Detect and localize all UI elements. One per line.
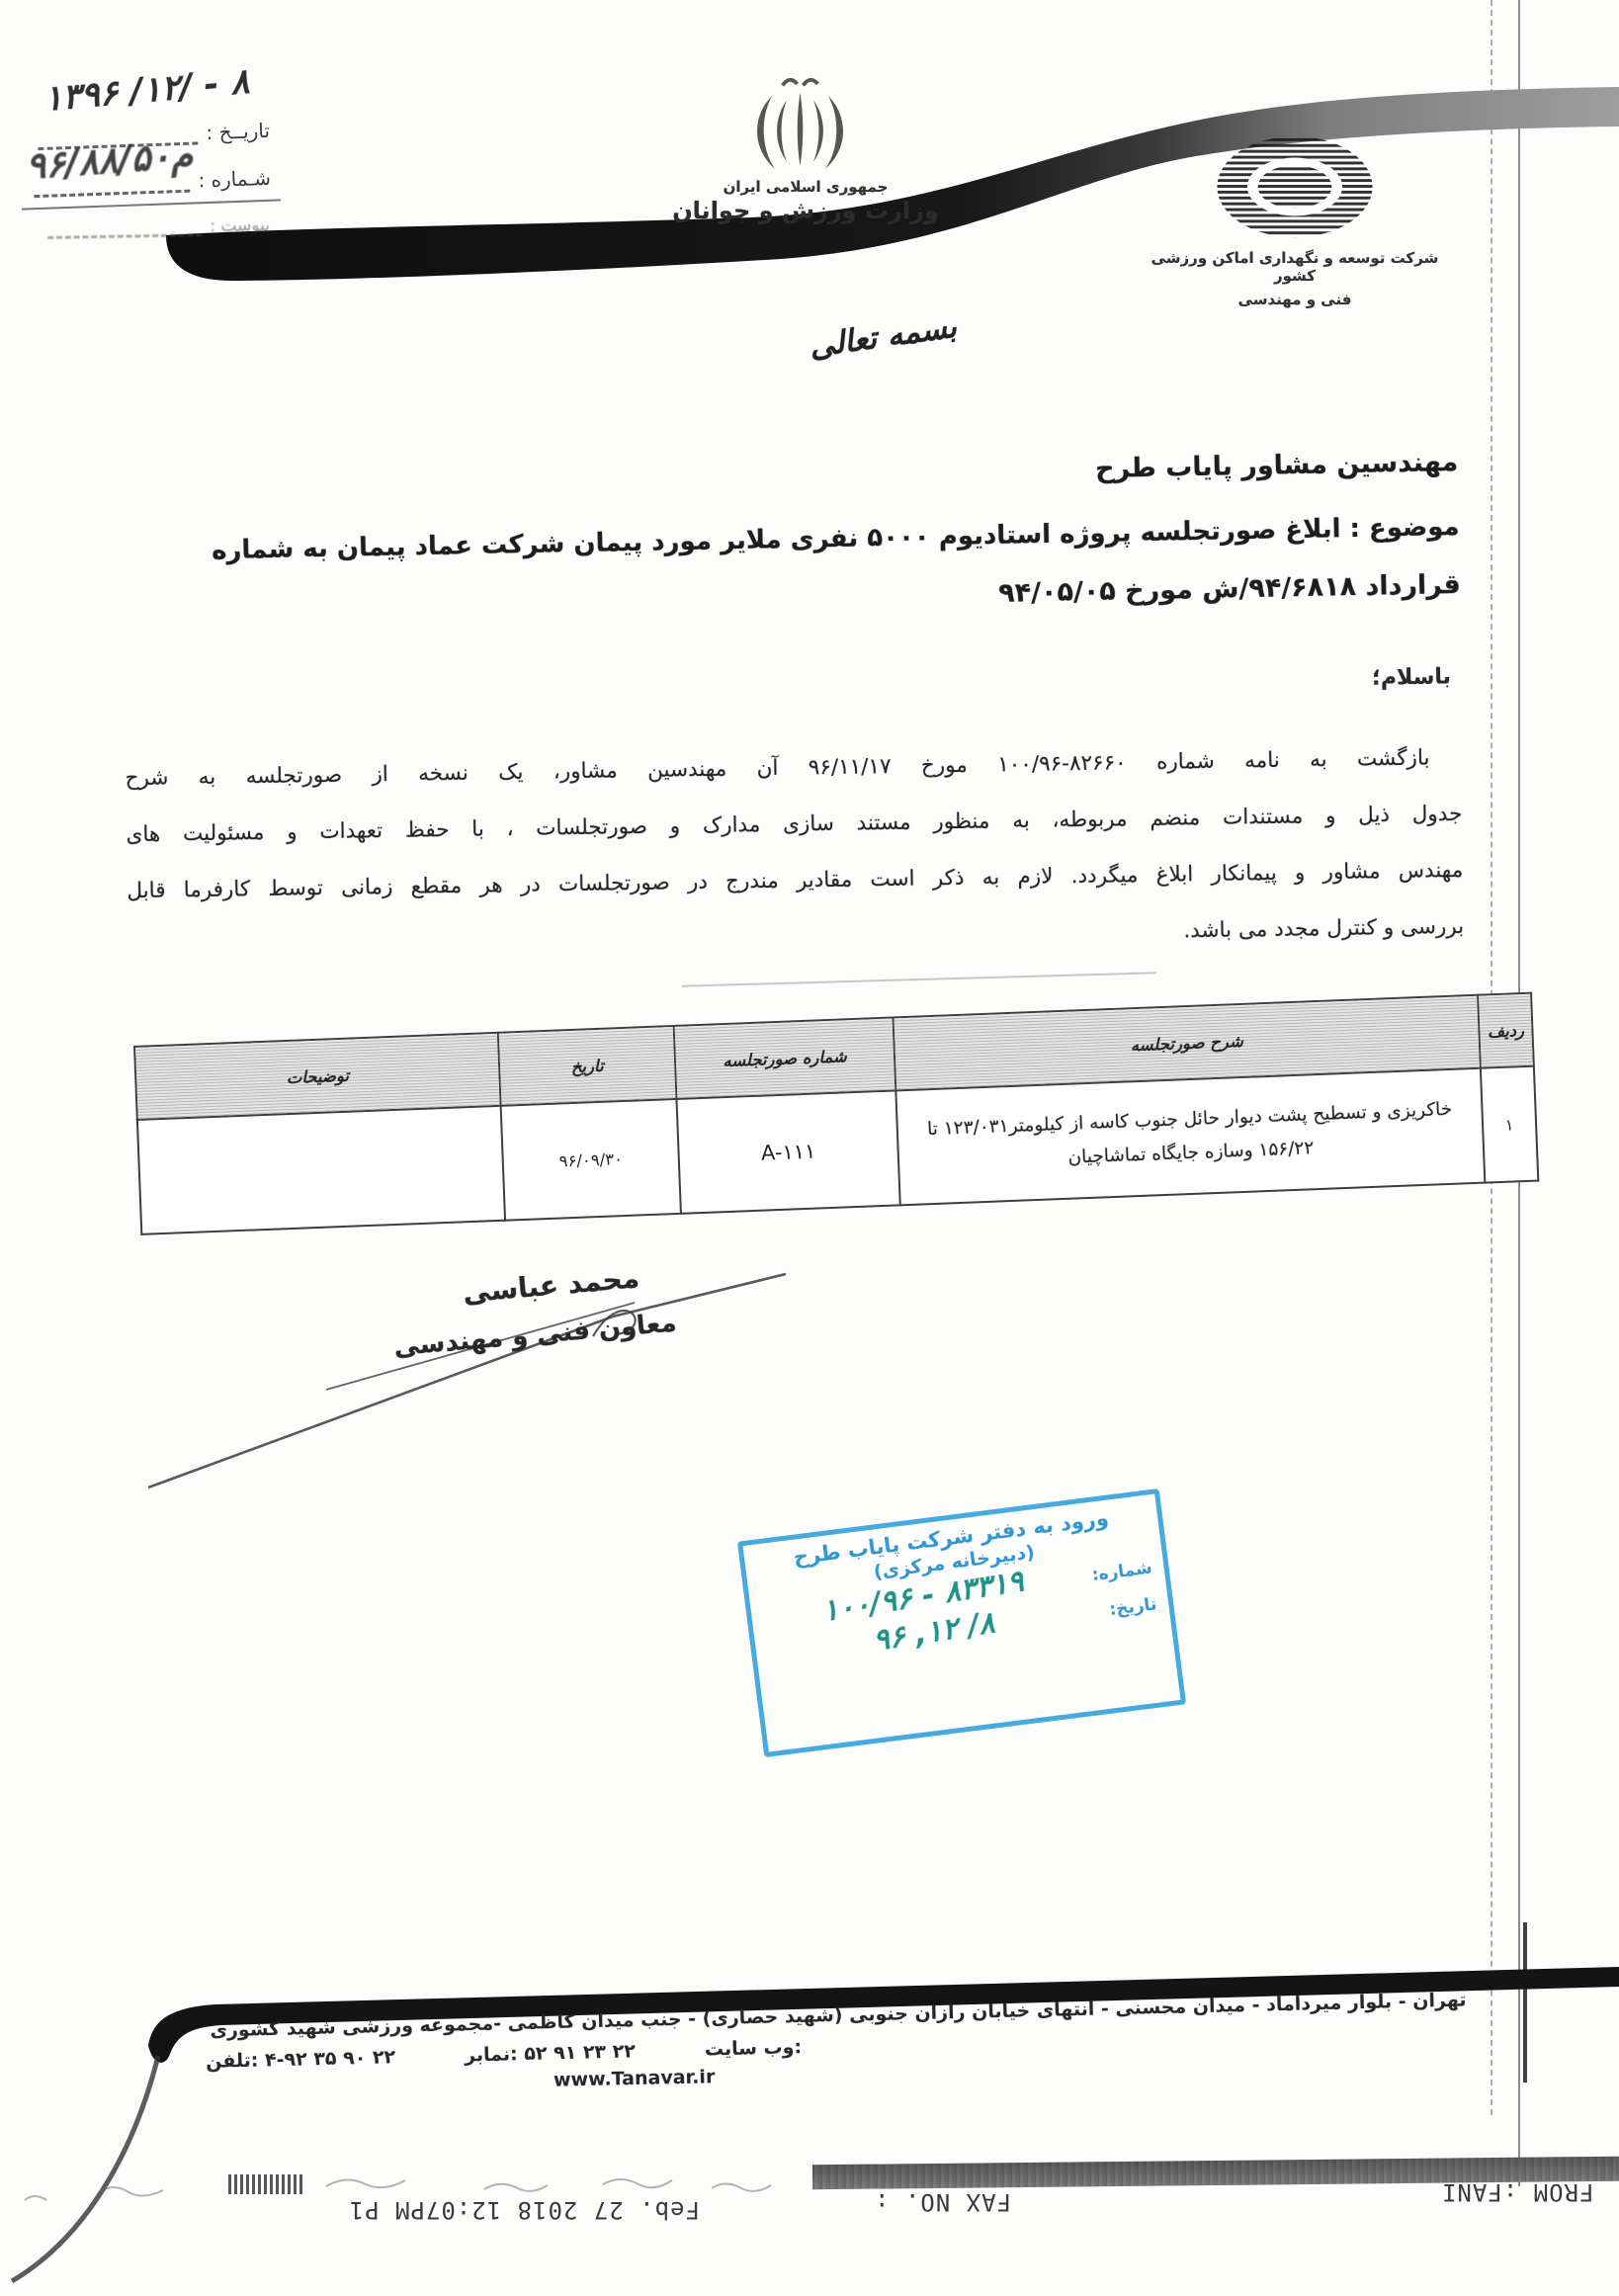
cell-row-no: ۱	[1481, 1066, 1538, 1183]
minutes-no-value: A-۱۱۱	[761, 1140, 816, 1165]
phone-item: تلفن: ۴-۹۲ ۳۵ ۹۰ ۲۲	[206, 2046, 395, 2073]
date-value: ۹۶/۰۹/۳۰	[558, 1149, 623, 1170]
signatory-name: محمد عباسی	[462, 1261, 640, 1309]
fax-label: نمابر:	[465, 2043, 518, 2066]
signatory-title: معاون فنی و مهندسی	[392, 1309, 677, 1363]
fax-number-label: FAX NO. :	[874, 2188, 1011, 2216]
minutes-table-wrap: ردیف شرح صورتجلسه شماره صورتجلسه تاریخ ت…	[133, 992, 1539, 1235]
number-label: شـماره :	[198, 166, 271, 193]
minutes-table: ردیف شرح صورتجلسه شماره صورتجلسه تاریخ ت…	[133, 992, 1539, 1235]
fax-from-label: FROM :FANI	[1441, 2178, 1594, 2206]
fax-timestamp: Feb. 27 2018 12:07PM P1	[225, 2196, 700, 2224]
company-logo-block: شرکت توسعه و نگهداری اماکن ورزشی کشور فن…	[1132, 132, 1458, 308]
attachment-label: پیوست :	[210, 215, 270, 236]
attachment-dashed-line	[47, 219, 203, 239]
body-paragraph: بازگشت به نامه شماره ۸۲۶۶۰-۱۰۰/۹۶ مورخ ۹…	[125, 729, 1464, 976]
header-row-no: ردیف	[1478, 993, 1534, 1068]
fax-item: نمابر: ۵۲ ۹۱ ۲۳ ۲۲	[465, 2040, 636, 2066]
cell-date: ۹۶/۰۹/۳۰	[501, 1099, 681, 1221]
fax-ink-marks	[225, 2174, 302, 2194]
cell-minutes-no: A-۱۱۱	[676, 1090, 899, 1213]
republic-title: جمهوری اسلامی ایران	[682, 178, 929, 196]
cell-notes	[137, 1106, 505, 1234]
header-minutes-no: شماره صورتجلسه	[674, 1017, 896, 1098]
header-notes: توضیحات	[134, 1033, 501, 1120]
attachment-field-row: پیوست :	[47, 215, 270, 239]
document-page: ۱۳۹۶ /۱۲/ - ۸ تاریــخ : ۹۶/۸۸/۵۰م شـماره…	[0, 0, 1619, 2296]
ministry-title: وزارت ورزش و جوانان	[642, 197, 969, 224]
phone-label: تلفن:	[206, 2050, 259, 2073]
company-logo-icon	[1212, 132, 1378, 241]
recipient-line: مهندسین مشاور پایاب طرح	[127, 447, 1458, 503]
stamp-date-label: تاریخ:	[1108, 1594, 1157, 1620]
fax-value: ۵۲ ۹۱ ۲۳ ۲۲	[524, 2040, 636, 2065]
salutation: باسلام؛	[127, 664, 1451, 712]
letter-heading: مهندسین مشاور پایاب طرح موضوع : ابلاغ صو…	[127, 447, 1461, 639]
stamp-number-label: شماره:	[1091, 1558, 1153, 1585]
footer-website-line: www.Tanavar.ir	[554, 2066, 716, 2090]
entry-stamp: ورود به دفتر شرکت پایاب طرح (دبیرخانه مر…	[737, 1488, 1186, 1757]
company-name: شرکت توسعه و نگهداری اماکن ورزشی کشور	[1132, 249, 1458, 285]
iran-emblem-icon	[733, 75, 867, 178]
header-date: تاریخ	[498, 1026, 677, 1106]
website-value: www.Tanavar.ir	[554, 2066, 716, 2090]
cell-description: خاکریزی و تسطیح پشت دیوار حائل جنوب کاسه…	[895, 1068, 1485, 1206]
company-department: فنی و مهندسی	[1132, 291, 1458, 308]
phone-value: ۴-۹۲ ۳۵ ۹۰ ۲۲	[265, 2046, 396, 2071]
web-label: وب سایت:	[705, 2036, 803, 2060]
scan-ghost-line	[682, 972, 1156, 986]
